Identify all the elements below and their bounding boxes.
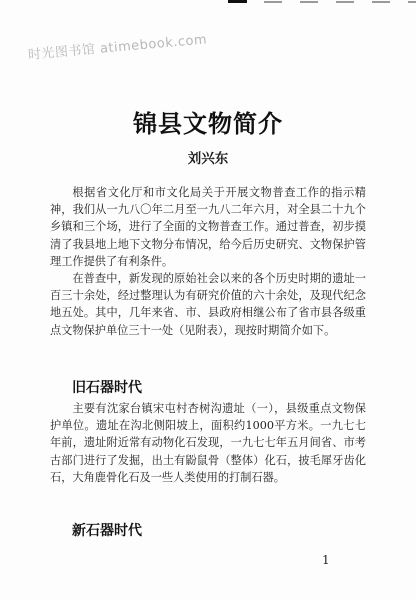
scan-mark [264, 1, 282, 3]
scan-mark [408, 1, 416, 3]
page-number: 1 [322, 553, 330, 567]
section-heading-paleolithic: 旧石器时代 [72, 377, 142, 397]
section-paragraph-paleolithic: 主要有沈家台镇宋屯村杏树沟遗址（一），县级重点文物保护单位。遗址在沟北侧阳坡上，… [50, 400, 366, 486]
intro-paragraph-1: 根据省文化厅和市文化局关于开展文物普查工作的指示精神，我们从一九八〇年二月至一九… [50, 184, 366, 270]
watermark: 时光图书馆 atimebook.com [27, 28, 208, 63]
scan-top-edge-marks [0, 0, 416, 6]
scan-mark [228, 0, 247, 3]
scan-mark [372, 1, 390, 3]
scan-mark [336, 1, 354, 3]
article-author: 刘兴东 [0, 147, 416, 167]
intro-paragraph-2: 在普查中，新发现的原始社会以来的各个历史时期的遗址一百三十余处，经过整理认为有研… [50, 270, 366, 339]
scan-mark [300, 1, 318, 3]
article-title: 锦县文物简介 [0, 104, 416, 139]
section-heading-neolithic: 新石器时代 [72, 520, 142, 540]
